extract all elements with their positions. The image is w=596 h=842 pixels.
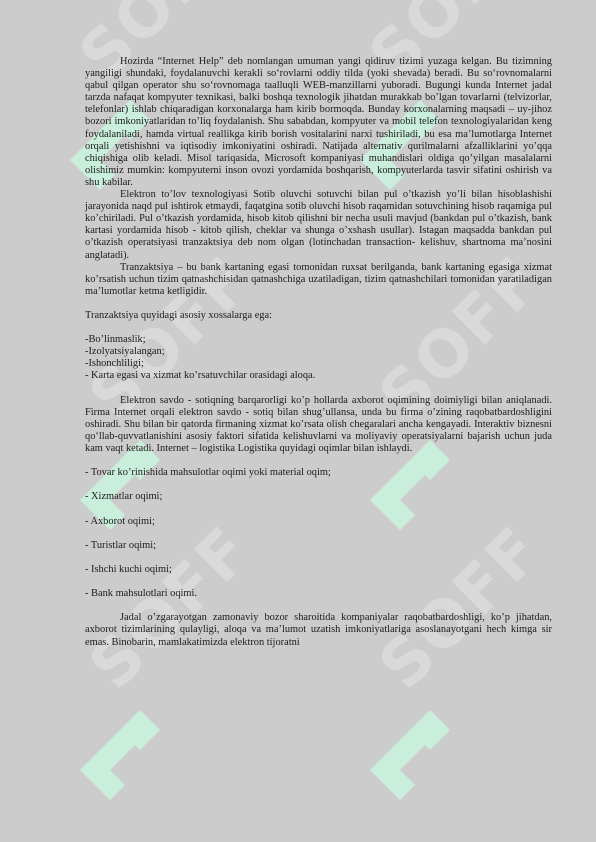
list-item: -Bo’linmaslik;	[85, 334, 552, 346]
soff-logo-icon	[80, 690, 170, 800]
list-item: - Turistlar oqimi;	[85, 540, 552, 552]
paragraph-internet-help: Hozirda “Internet Help” deb nomlangan um…	[85, 56, 552, 189]
list-item: - Ishchi kuchi oqimi;	[85, 564, 552, 576]
properties-list: -Bo’linmaslik; -Izolyatsiyalangan; -Isho…	[85, 334, 552, 382]
list-item: -Izolyatsiyalangan;	[85, 346, 552, 358]
list-item: - Axborot oqimi;	[85, 516, 552, 528]
list-item: - Bank mahsulotlari oqimi.	[85, 588, 552, 600]
document-page: Hozirda “Internet Help” deb nomlangan um…	[85, 56, 552, 649]
paragraph-e-commerce: Elektron savdo - sotiqning barqarorligi …	[85, 395, 552, 455]
list-item: - Xizmatlar oqimi;	[85, 491, 552, 503]
flows-list: - Tovar ko’rinishida mahsulotlar oqimi y…	[85, 467, 552, 600]
properties-intro: Tranzaktsiya quyidagi asosiy xossalarga …	[85, 310, 552, 322]
list-item: - Karta egasi va xizmat ko’rsatuvchilar …	[85, 370, 552, 382]
paragraph-competitiveness: Jadal o’zgarayotgan zamonaviy bozor shar…	[85, 612, 552, 648]
list-item: -Ishonchliligi;	[85, 358, 552, 370]
soff-logo-icon	[370, 690, 460, 800]
paragraph-transaction-definition: Tranzaktsiya – bu bank kartaning egasi t…	[85, 262, 552, 298]
list-item: - Tovar ko’rinishida mahsulotlar oqimi y…	[85, 467, 552, 479]
paragraph-electronic-payment: Elektron to’lov texnologiyasi Sotib oluv…	[85, 189, 552, 262]
